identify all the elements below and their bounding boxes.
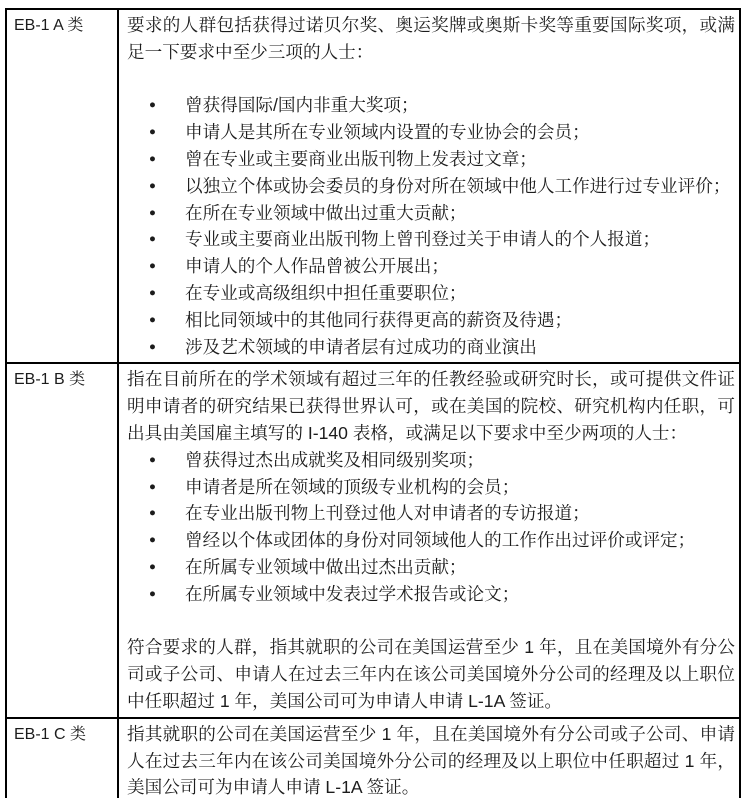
blank-line xyxy=(127,608,735,635)
bullet-icon: ● xyxy=(149,474,185,501)
bullet-text: 相比同领域中的其他同行获得更高的薪资及待遇； xyxy=(185,307,735,334)
blank-line xyxy=(127,66,735,93)
bullet-item: ● 申请人的个人作品曾被公开展出； xyxy=(127,253,735,280)
bullet-item: ● 曾经以个体或团体的身份对同领域他人的工作作出过评价或评定； xyxy=(127,527,735,554)
bullet-icon: ● xyxy=(149,527,185,554)
bullet-item: ● 曾获得过杰出成就奖及相同级别奖项； xyxy=(127,447,735,474)
bullet-text: 申请者是所在领域的顶级专业机构的会员； xyxy=(185,474,735,501)
bullet-text: 曾获得过杰出成就奖及相同级别奖项； xyxy=(185,447,735,474)
intro-paragraph: 指其就职的公司在美国运营至少 1 年，且在美国境外有分公司或子公司、申请人在过去… xyxy=(127,721,735,798)
intro-paragraph: 要求的人群包括获得过诺贝尔奖、奥运奖牌或奥斯卡奖等重要国际奖项，或满足一下要求中… xyxy=(127,12,735,66)
bullet-text: 在所在专业领域中做出过重大贡献； xyxy=(185,200,735,227)
bullet-item: ● 在所在专业领域中做出过重大贡献； xyxy=(127,200,735,227)
bullet-item: ● 相比同领域中的其他同行获得更高的薪资及待遇； xyxy=(127,307,735,334)
bullet-text: 在专业或高级组织中担任重要职位； xyxy=(185,280,735,307)
category-label: EB-1 A 类 xyxy=(14,17,83,34)
bullet-text: 以独立个体或协会委员的身份对所在领域中他人工作进行过专业评价； xyxy=(185,173,735,200)
bullet-icon: ● xyxy=(149,307,185,334)
bullet-text: 在所属专业领域中做出过杰出贡献； xyxy=(185,554,735,581)
bullet-item: ● 曾在专业或主要商业出版刊物上发表过文章； xyxy=(127,146,735,173)
category-label: EB-1 B 类 xyxy=(14,371,85,388)
bullet-item: ● 以独立个体或协会委员的身份对所在领域中他人工作进行过专业评价； xyxy=(127,173,735,200)
bullet-icon: ● xyxy=(149,119,185,146)
bullet-text: 曾经以个体或团体的身份对同领域他人的工作作出过评价或评定； xyxy=(185,527,735,554)
bullet-text: 在专业出版刊物上刊登过他人对申请者的专访报道； xyxy=(185,500,735,527)
bullet-text: 专业或主要商业出版刊物上曾刊登过关于申请人的个人报道； xyxy=(185,226,735,253)
category-cell-eb1c: EB-1 C 类 xyxy=(6,718,118,798)
bullet-item: ● 曾获得国际/国内非重大奖项； xyxy=(127,92,735,119)
bullet-icon: ● xyxy=(149,146,185,173)
bullet-icon: ● xyxy=(149,226,185,253)
table-row-eb1a: EB-1 A 类 要求的人群包括获得过诺贝尔奖、奥运奖牌或奥斯卡奖等重要国际奖项… xyxy=(6,9,740,363)
bullet-icon: ● xyxy=(149,334,185,361)
bullet-icon: ● xyxy=(149,173,185,200)
bullet-icon: ● xyxy=(149,447,185,474)
bullet-icon: ● xyxy=(149,554,185,581)
category-cell-eb1b: EB-1 B 类 xyxy=(6,363,118,717)
category-label: EB-1 C 类 xyxy=(14,726,86,743)
document-page: EB-1 A 类 要求的人群包括获得过诺贝尔奖、奥运奖牌或奥斯卡奖等重要国际奖项… xyxy=(0,0,746,798)
bullet-text: 在所属专业领域中发表过学术报告或论文； xyxy=(185,581,735,608)
bullet-item: ● 在专业出版刊物上刊登过他人对申请者的专访报道； xyxy=(127,500,735,527)
bullet-text: 申请人是其所在专业领域内设置的专业协会的会员； xyxy=(185,119,735,146)
content-cell-eb1c: 指其就职的公司在美国运营至少 1 年，且在美国境外有分公司或子公司、申请人在过去… xyxy=(118,718,740,798)
bullet-item: ● 涉及艺术领域的申请者层有过成功的商业演出 xyxy=(127,334,735,361)
bullet-text: 涉及艺术领域的申请者层有过成功的商业演出 xyxy=(185,334,735,361)
bullet-icon: ● xyxy=(149,92,185,119)
intro-paragraph: 指在目前所在的学术领域有超过三年的任教经验或研究时长，或可提供文件证明申请者的研… xyxy=(127,366,735,446)
bullet-icon: ● xyxy=(149,500,185,527)
bullet-text: 曾在专业或主要商业出版刊物上发表过文章； xyxy=(185,146,735,173)
bullet-item: ● 专业或主要商业出版刊物上曾刊登过关于申请人的个人报道； xyxy=(127,226,735,253)
bullet-icon: ● xyxy=(149,200,185,227)
table-row-eb1b: EB-1 B 类 指在目前所在的学术领域有超过三年的任教经验或研究时长，或可提供… xyxy=(6,363,740,717)
bullet-item: ● 申请人是其所在专业领域内设置的专业协会的会员； xyxy=(127,119,735,146)
outro-paragraph: 符合要求的人群，指其就职的公司在美国运营至少 1 年，且在美国境外有分公司或子公… xyxy=(127,634,735,714)
bullet-item: ● 申请者是所在领域的顶级专业机构的会员； xyxy=(127,474,735,501)
bullet-item: ● 在所属专业领域中做出过杰出贡献； xyxy=(127,554,735,581)
bullet-icon: ● xyxy=(149,280,185,307)
eb1-categories-table: EB-1 A 类 要求的人群包括获得过诺贝尔奖、奥运奖牌或奥斯卡奖等重要国际奖项… xyxy=(5,8,741,798)
bullet-icon: ● xyxy=(149,581,185,608)
content-cell-eb1a: 要求的人群包括获得过诺贝尔奖、奥运奖牌或奥斯卡奖等重要国际奖项，或满足一下要求中… xyxy=(118,9,740,363)
bullet-item: ● 在所属专业领域中发表过学术报告或论文； xyxy=(127,581,735,608)
bullet-text: 申请人的个人作品曾被公开展出； xyxy=(185,253,735,280)
bullet-icon: ● xyxy=(149,253,185,280)
bullet-text: 曾获得国际/国内非重大奖项； xyxy=(185,92,735,119)
content-cell-eb1b: 指在目前所在的学术领域有超过三年的任教经验或研究时长，或可提供文件证明申请者的研… xyxy=(118,363,740,717)
bullet-item: ● 在专业或高级组织中担任重要职位； xyxy=(127,280,735,307)
category-cell-eb1a: EB-1 A 类 xyxy=(6,9,118,363)
table-row-eb1c: EB-1 C 类 指其就职的公司在美国运营至少 1 年，且在美国境外有分公司或子… xyxy=(6,718,740,798)
